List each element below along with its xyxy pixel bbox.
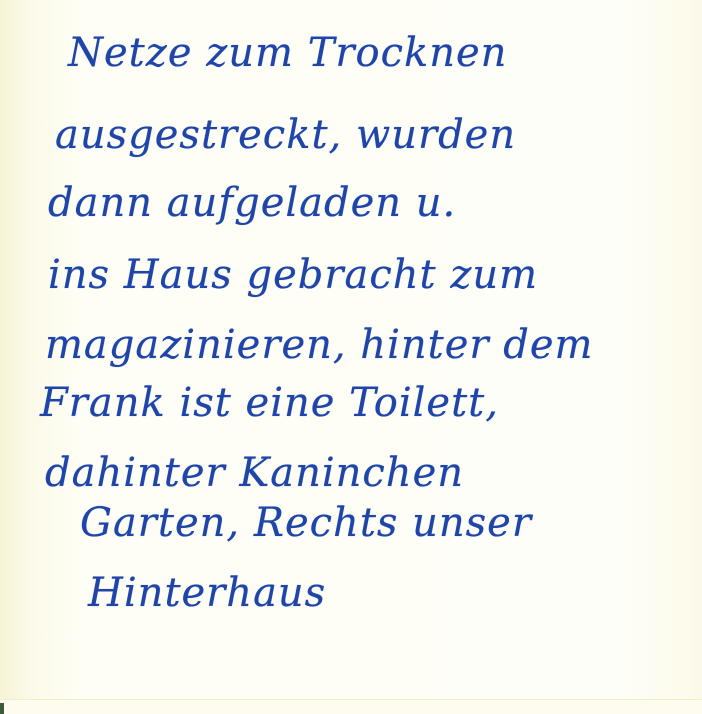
handwritten-line-2: ausgestreckt, wurden	[55, 112, 516, 158]
handwritten-line-4: ins Haus gebracht zum	[48, 252, 538, 298]
handwritten-line-3: dann aufgeladen u.	[48, 180, 456, 226]
scan-corner-mark	[0, 703, 4, 714]
handwritten-line-5: magazinieren, hinter dem	[45, 322, 593, 368]
handwritten-line-8: Garten, Rechts unser	[80, 500, 532, 546]
paper-sheet: Netze zum Trocknen ausgestreckt, wurden …	[0, 0, 702, 714]
handwritten-line-9: Hinterhaus	[88, 570, 326, 616]
paper-bottom-edge	[0, 699, 702, 714]
handwritten-line-6: Frank ist eine Toilett,	[40, 380, 499, 426]
handwritten-line-7: dahinter Kaninchen	[45, 450, 464, 496]
handwritten-line-1: Netze zum Trocknen	[68, 30, 507, 76]
